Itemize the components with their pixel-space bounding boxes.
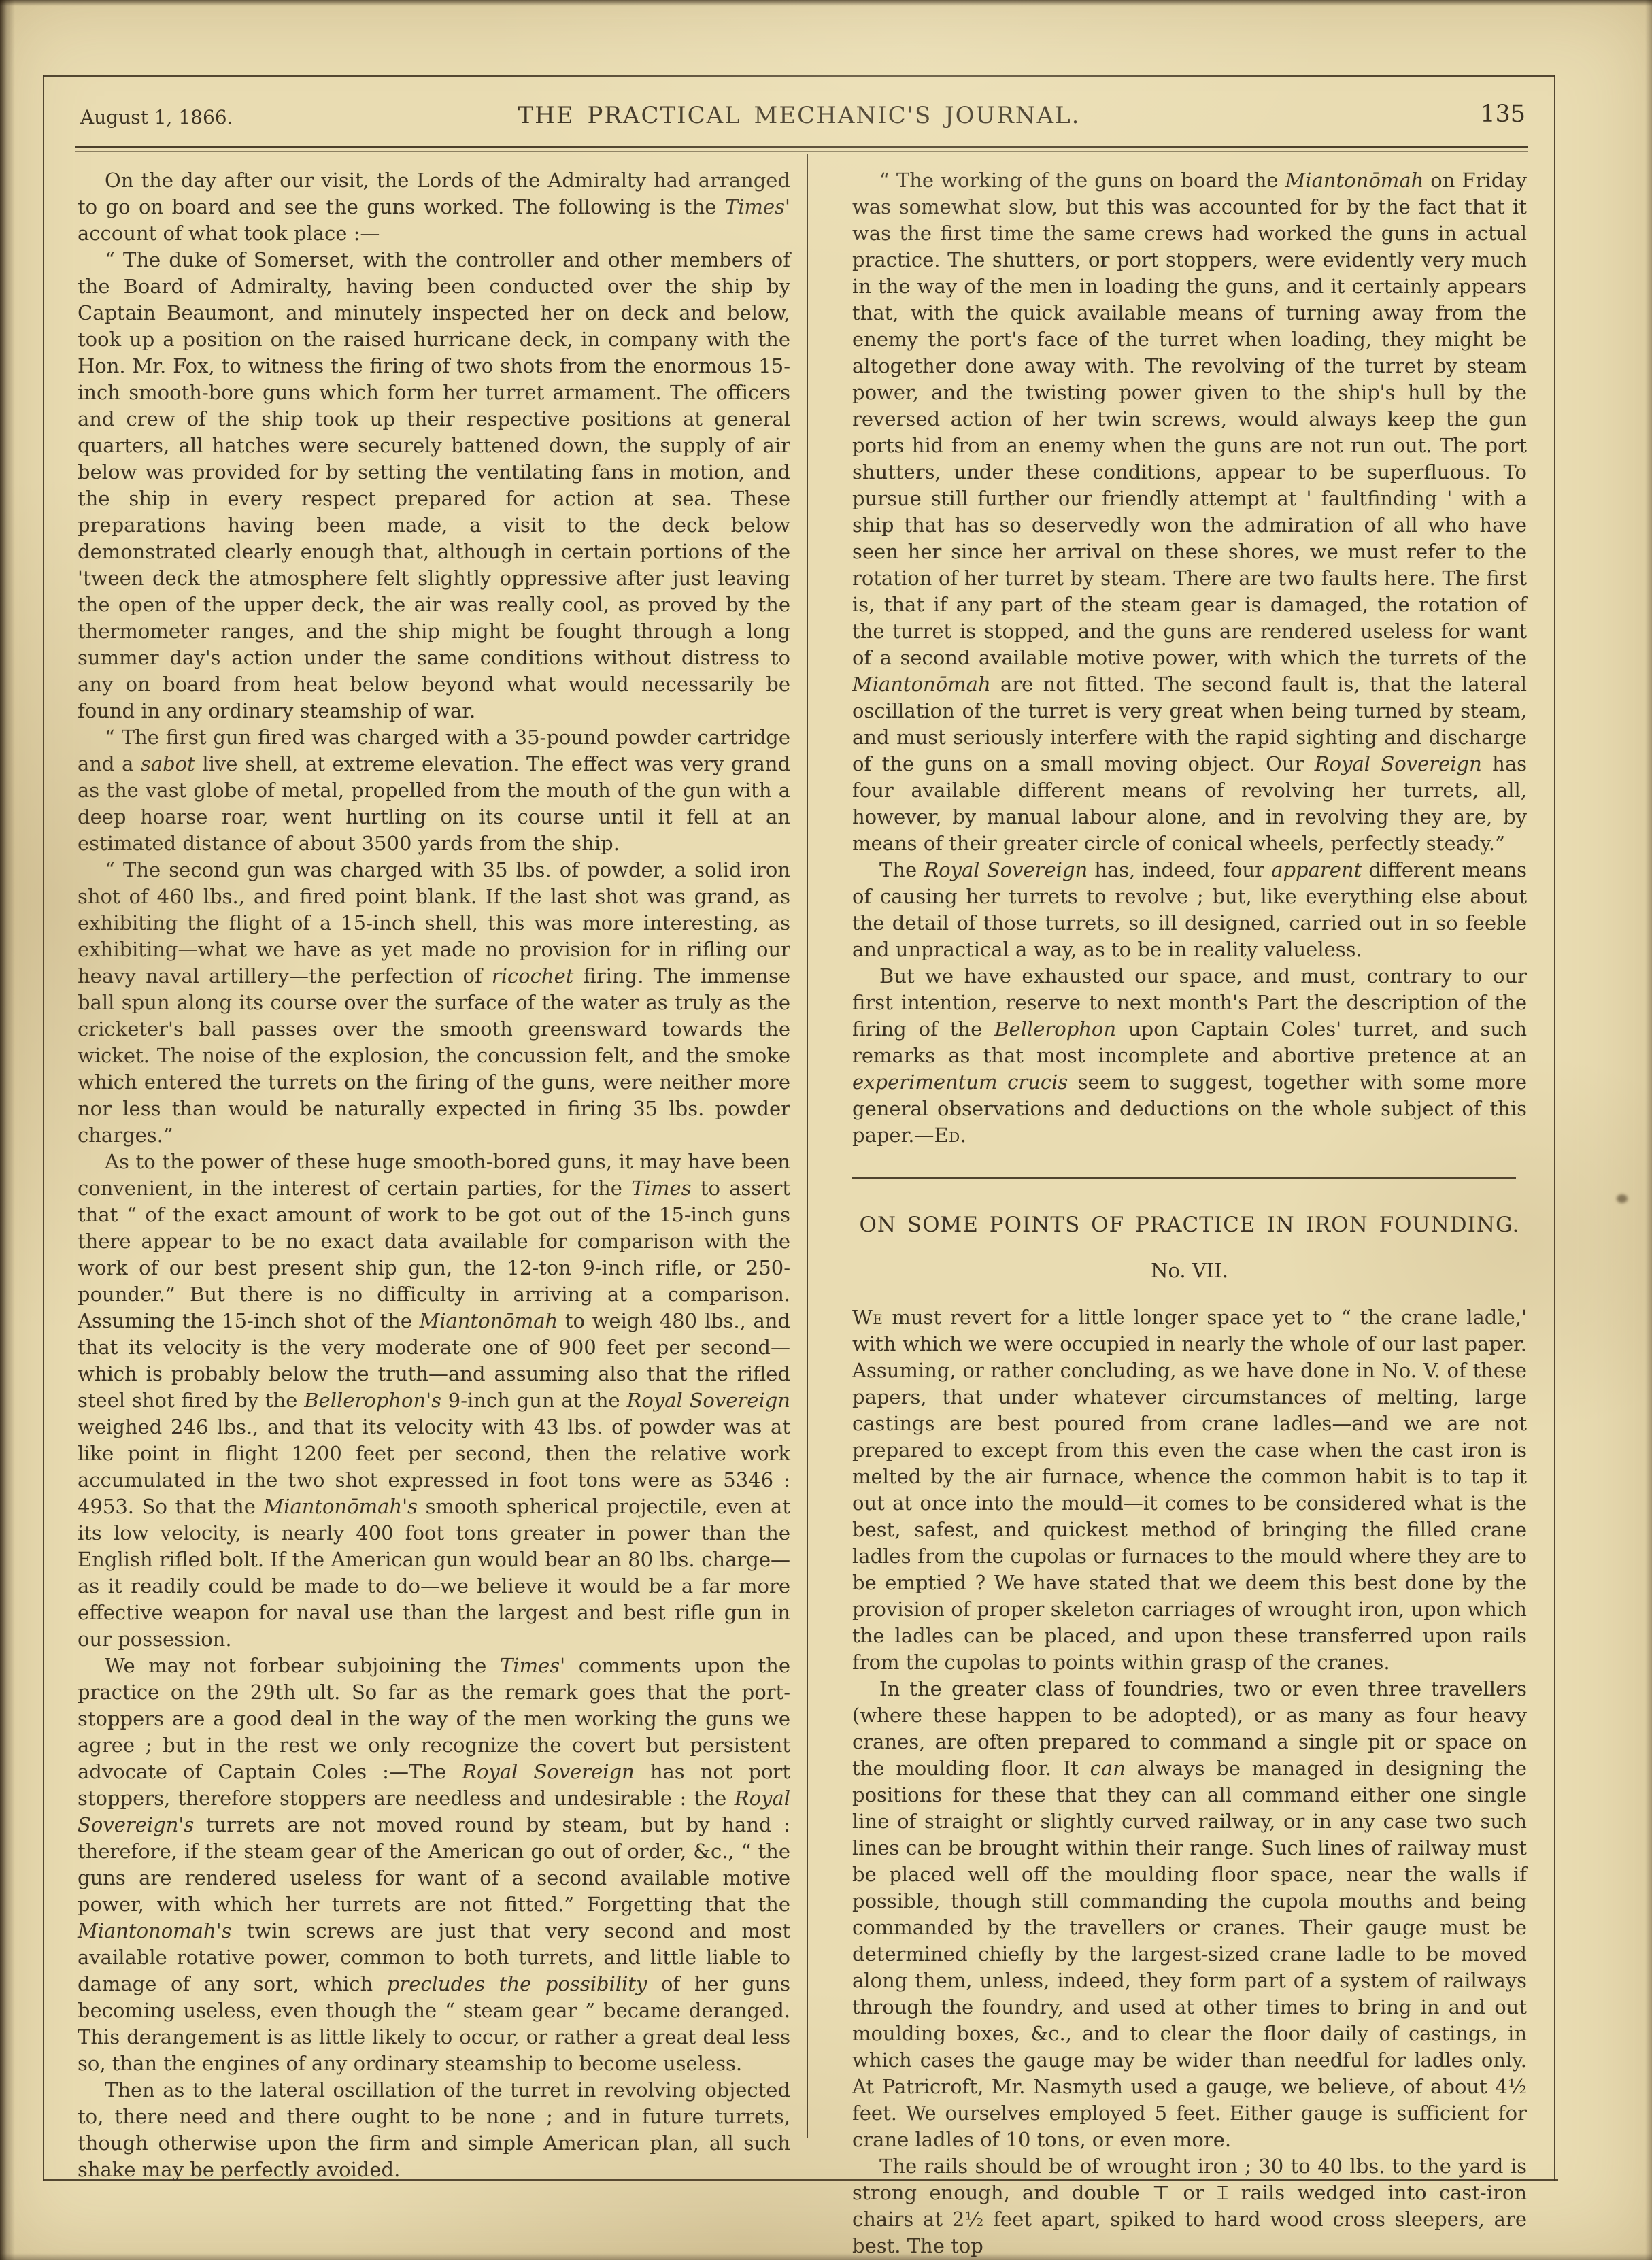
article-2-body: We must revert for a little longer space… [852,1304,1527,2259]
article-separator-rule [852,1177,1516,1179]
right-column: “ The working of the guns on board the M… [852,167,1527,2259]
article-1-continuation: “ The working of the guns on board the M… [852,167,1527,1149]
page-number: 135 [1428,101,1525,128]
paragraph: We may not forbear subjoining the Times'… [78,1653,790,2077]
page-border-right [1554,75,1555,2181]
paragraph: “ The second gun was charged with 35 lbs… [78,857,790,1149]
article-2-heading: ON SOME POINTS OF PRACTICE IN IRON FOUND… [852,1212,1527,1238]
page-border-top [43,75,1555,77]
paragraph: As to the power of these huge smooth-bor… [78,1149,790,1653]
scan-edge-top [0,0,1652,6]
paragraph: On the day after our visit, the Lords of… [78,167,790,247]
paragraph: The Royal Sovereign has, indeed, four ap… [852,857,1527,963]
journal-title: THE PRACTICAL MECHANIC'S JOURNAL. [43,102,1555,129]
paragraph: “ The duke of Somerset, with the control… [78,247,790,724]
paragraph: But we have exhausted our space, and mus… [852,963,1527,1149]
paragraph: Then as to the lateral oscillation of th… [78,2077,790,2183]
article-2-series-number: No. VII. [852,1258,1527,1284]
column-divider-rule [807,154,808,2138]
page-border-left [43,75,44,2181]
left-column: On the day after our visit, the Lords of… [78,167,790,2183]
scan-edge-right [1645,0,1652,2260]
paragraph: In the greater class of foundries, two o… [852,1676,1527,2153]
paragraph: We must revert for a little longer space… [852,1304,1527,1676]
paragraph: The rails should be of wrought iron ; 30… [852,2153,1527,2259]
scan-gutter-shadow [0,0,15,2260]
paragraph: “ The first gun fired was charged with a… [78,724,790,857]
header-double-rule [75,146,1528,152]
paragraph: “ The working of the guns on board the M… [852,167,1527,857]
journal-page: August 1, 1866. THE PRACTICAL MECHANIC'S… [0,0,1652,2260]
scanned-journal-page: { "colors": { "paper": "#e9dcb2", "ink":… [0,0,1652,2260]
ink-blemish [1617,1194,1628,1203]
